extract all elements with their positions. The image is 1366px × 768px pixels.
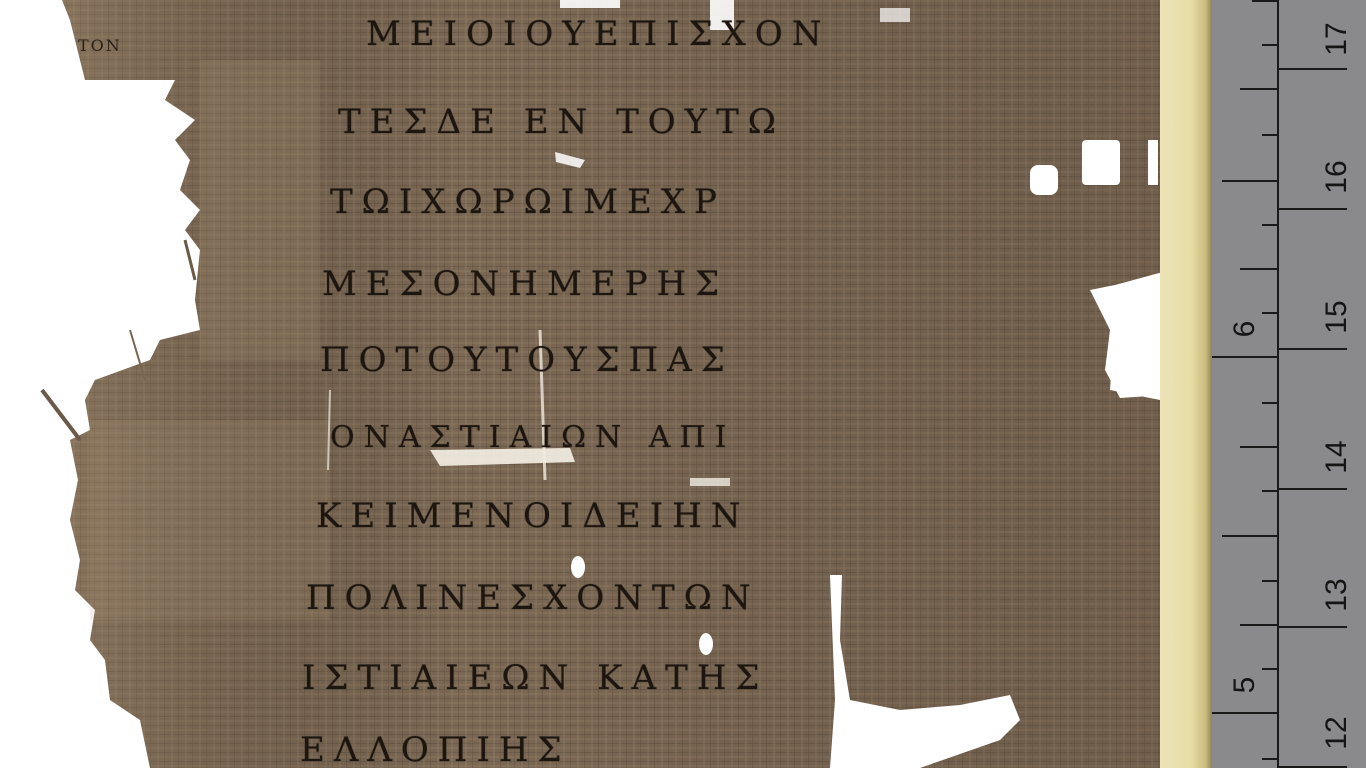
ruler-inch-label: 5: [1228, 662, 1262, 708]
ruler-cm-label: 12: [1320, 708, 1354, 758]
text-line-9: ΙΣΤΙΑΙΕΩΝ ΚΑΤΗΣ: [302, 658, 768, 698]
text-line-1: ΜΕΙΟΙΟΥΕΠΙΣΧΟΝ: [366, 14, 830, 54]
text-line-10: ΕΛΛΟΠΙΗΣ: [300, 730, 571, 768]
margin-fragment-text: ΤΟΝ: [78, 36, 122, 55]
ruler-inch-label: 6: [1228, 306, 1262, 352]
ruler-cm-label: 17: [1320, 14, 1354, 64]
ruler-cm-label: 15: [1320, 292, 1354, 342]
text-line-6: ΟΝΑΣΤΙΑΙΩΝ ΑΠΙ: [330, 420, 735, 455]
ruler-cm-label: 13: [1320, 570, 1354, 620]
text-line-8: ΠΟΛΙΝΕΣΧΟΝΤΩΝ: [306, 578, 760, 618]
mounting-strip: [1160, 0, 1212, 768]
ruler-cm-label: 14: [1320, 432, 1354, 482]
text-line-3: ΤΩΙΧΩΡΩΙΜΕΧΡ: [330, 182, 726, 222]
measurement-ruler: 17 16 15 14 13 12 6 5: [1212, 0, 1366, 768]
text-line-2: ΤΕΣΔΕ ΕΝ ΤΟΥΤΩ: [338, 102, 785, 142]
text-line-5: ΠΟΤΟΥΤΟΥΣΠΑΣ: [320, 340, 734, 380]
ruler-cm-label: 16: [1320, 152, 1354, 202]
text-line-7: ΚΕΙΜΕΝΟΙΔΕΙΗΝ: [316, 496, 750, 536]
text-line-4: ΜΕΣΟΝΗΜΕΡΗΣ: [322, 264, 728, 304]
papyrus-photo: ΤΟΝ ΜΕΙΟΙΟΥΕΠΙΣΧΟΝ ΤΕΣΔΕ ΕΝ ΤΟΥΤΩ ΤΩΙΧΩΡ…: [0, 0, 1366, 768]
ruler-center-line: [1277, 0, 1279, 768]
